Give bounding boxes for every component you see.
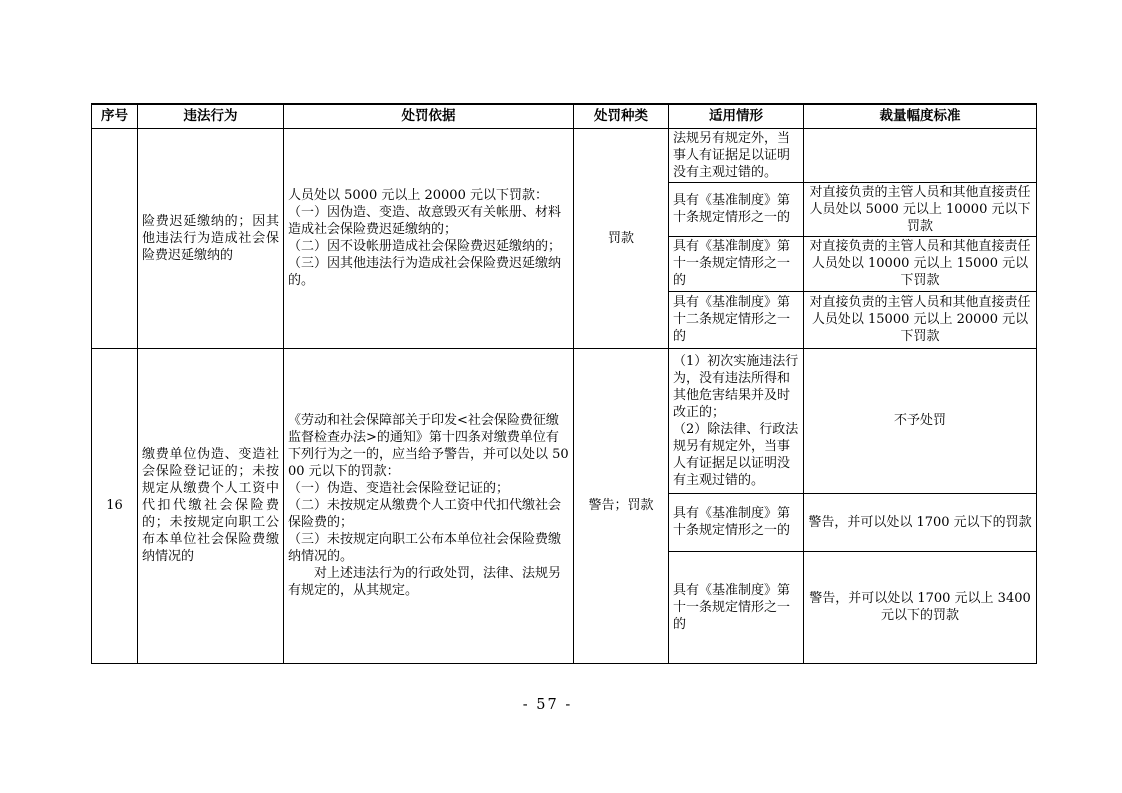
standard-cell: 警告，并可以处以 1700 元以上 3400 元以下的罚款 bbox=[804, 551, 1037, 663]
header-applicable-situation: 适用情形 bbox=[669, 104, 804, 128]
situation-cell: 具有《基准制度》第十条规定情形之一的 bbox=[669, 493, 804, 551]
standard-cell bbox=[804, 128, 1037, 182]
header-discretion-standard: 裁量幅度标准 bbox=[804, 104, 1037, 128]
table-header-row: 序号 违法行为 处罚依据 处罚种类 适用情形 裁量幅度标准 bbox=[92, 104, 1037, 128]
situation-cell: 具有《基准制度》第十条规定情形之一的 bbox=[669, 182, 804, 236]
serial-cell: 16 bbox=[92, 348, 138, 663]
standard-cell: 对直接负责的主管人员和其他直接责任人员处以 15000 元以上 20000 元以… bbox=[804, 291, 1037, 348]
basis-cell: 人员处以 5000 元以上 20000 元以下罚款： （一）因伪造、变造、故意毁… bbox=[284, 128, 574, 348]
penalty-discretion-table: 序号 违法行为 处罚依据 处罚种类 适用情形 裁量幅度标准 险费迟延缴纳的；因其… bbox=[91, 103, 1037, 664]
standard-cell: 不予处罚 bbox=[804, 348, 1037, 493]
situation-cell: 具有《基准制度》第十一条规定情形之一的 bbox=[669, 551, 804, 663]
penalty-type-cell: 警告；罚款 bbox=[574, 348, 669, 663]
standard-cell: 对直接负责的主管人员和其他直接责任人员处以 10000 元以上 15000 元以… bbox=[804, 236, 1037, 291]
situation-cell: 具有《基准制度》第十一条规定情形之一的 bbox=[669, 236, 804, 291]
header-penalty-type: 处罚种类 bbox=[574, 104, 669, 128]
page-number: - 57 - bbox=[0, 697, 1095, 713]
header-serial-number: 序号 bbox=[92, 104, 138, 128]
table-row: 16 缴费单位伪造、变造社会保险登记证的；未按规定从缴费个人工资中代扣代缴社会保… bbox=[92, 348, 1037, 493]
penalty-type-cell: 罚款 bbox=[574, 128, 669, 348]
standard-cell: 警告，并可以处以 1700 元以下的罚款 bbox=[804, 493, 1037, 551]
violation-cell: 缴费单位伪造、变造社会保险登记证的；未按规定从缴费个人工资中代扣代缴社会保险费的… bbox=[138, 348, 284, 663]
table-row: 险费迟延缴纳的；因其他违法行为造成社会保险费迟延缴纳的 人员处以 5000 元以… bbox=[92, 128, 1037, 182]
basis-cell: 《劳动和社会保障部关于印发<社会保险费征缴监督检查办法>的通知》第十四条对缴费单… bbox=[284, 348, 574, 663]
header-penalty-basis: 处罚依据 bbox=[284, 104, 574, 128]
violation-cell: 险费迟延缴纳的；因其他违法行为造成社会保险费迟延缴纳的 bbox=[138, 128, 284, 348]
document-page: 序号 违法行为 处罚依据 处罚种类 适用情形 裁量幅度标准 险费迟延缴纳的；因其… bbox=[0, 0, 1122, 793]
header-illegal-act: 违法行为 bbox=[138, 104, 284, 128]
situation-cell: 具有《基准制度》第十二条规定情形之一的 bbox=[669, 291, 804, 348]
situation-cell: 法规另有规定外，当事人有证据足以证明没有主观过错的。 bbox=[669, 128, 804, 182]
standard-cell: 对直接负责的主管人员和其他直接责任人员处以 5000 元以上 10000 元以下… bbox=[804, 182, 1037, 236]
serial-cell bbox=[92, 128, 138, 348]
situation-cell: （1）初次实施违法行为，没有违法所得和其他危害结果并及时改正的； （2）除法律、… bbox=[669, 348, 804, 493]
